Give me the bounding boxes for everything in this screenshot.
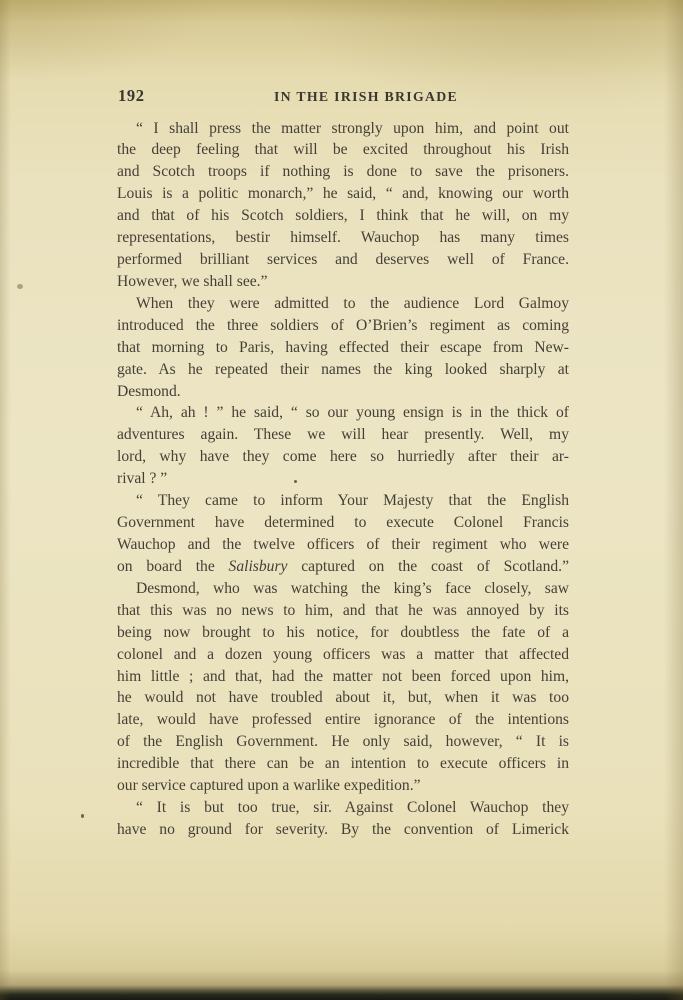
text-line: late, would have professed entire ignora… (117, 709, 569, 731)
text-block: “ I shall press the matter strongly upon… (117, 118, 569, 841)
text-line: gate. As he repeated their names the kin… (117, 359, 569, 381)
page-header: 192 IN THE IRISH BRIGADE (117, 86, 569, 108)
ink-speck (17, 284, 23, 289)
paragraph: When they were admitted to the audience … (117, 293, 569, 403)
text-line: rival ? ” (117, 468, 569, 490)
text-line: “ They came to inform Your Majesty that … (117, 490, 569, 512)
text-line: representations, bestir himself. Wauchop… (117, 227, 569, 249)
text-line: colonel and a dozen young officers was a… (117, 644, 569, 666)
text-line: that this was no news to him, and that h… (117, 600, 569, 622)
text-line: have no ground for severity. By the conv… (117, 819, 569, 841)
text-line: Government have determined to execute Co… (117, 512, 569, 534)
running-header: IN THE IRISH BRIGADE (163, 89, 569, 105)
text-line: “ Ah, ah ! ” he said, “ so our young ens… (117, 402, 569, 424)
text-line: “ I shall press the matter strongly upon… (117, 118, 569, 140)
paragraph: Desmond, who was watching the king’s fac… (117, 578, 569, 797)
paragraph: “ I shall press the matter strongly upon… (117, 118, 569, 293)
text-line: on board the Salisbury captured on the c… (117, 556, 569, 578)
scanned-book-page: 192 IN THE IRISH BRIGADE “ I shall press… (0, 0, 683, 1000)
text-line: Desmond, who was watching the king’s fac… (117, 578, 569, 600)
paragraph: “ They came to inform Your Majesty that … (117, 490, 569, 578)
text-line: Desmond. (117, 381, 569, 403)
text-line: of the English Government. He only said,… (117, 731, 569, 753)
text-line: being now brought to his notice, for dou… (117, 622, 569, 644)
text-line: “ It is but too true, sir. Against Colon… (117, 797, 569, 819)
text-line: that morning to Paris, having effected t… (117, 337, 569, 359)
text-line: the deep feeling that will be excited th… (117, 139, 569, 161)
text-line: incredible that there can be an intentio… (117, 753, 569, 775)
text-line: Wauchop and the twelve officers of their… (117, 534, 569, 556)
text-line: and Scotch troops if nothing is done to … (117, 161, 569, 183)
text-line: him little ; and that, had the matter no… (117, 666, 569, 688)
text-line: introduced the three soldiers of O’Brien… (117, 315, 569, 337)
text-line: lord, why have they come here so hurried… (117, 446, 569, 468)
paragraph: “ Ah, ah ! ” he said, “ so our young ens… (117, 402, 569, 490)
text-line: performed brilliant services and deserve… (117, 249, 569, 271)
text-line: Louis is a politic monarch,” he said, “ … (117, 183, 569, 205)
paragraph: “ It is but too true, sir. Against Colon… (117, 797, 569, 841)
page-number: 192 (118, 86, 145, 106)
text-line: adventures again. These we will hear pre… (117, 424, 569, 446)
text-line: and that of his Scotch soldiers, I think… (117, 205, 569, 227)
text-line: When they were admitted to the audience … (117, 293, 569, 315)
ink-speck (81, 814, 84, 818)
text-line: he would not have troubled about it, but… (117, 687, 569, 709)
text-line: our service captured upon a warlike expe… (117, 775, 569, 797)
text-line: However, we shall see.” (117, 271, 569, 293)
